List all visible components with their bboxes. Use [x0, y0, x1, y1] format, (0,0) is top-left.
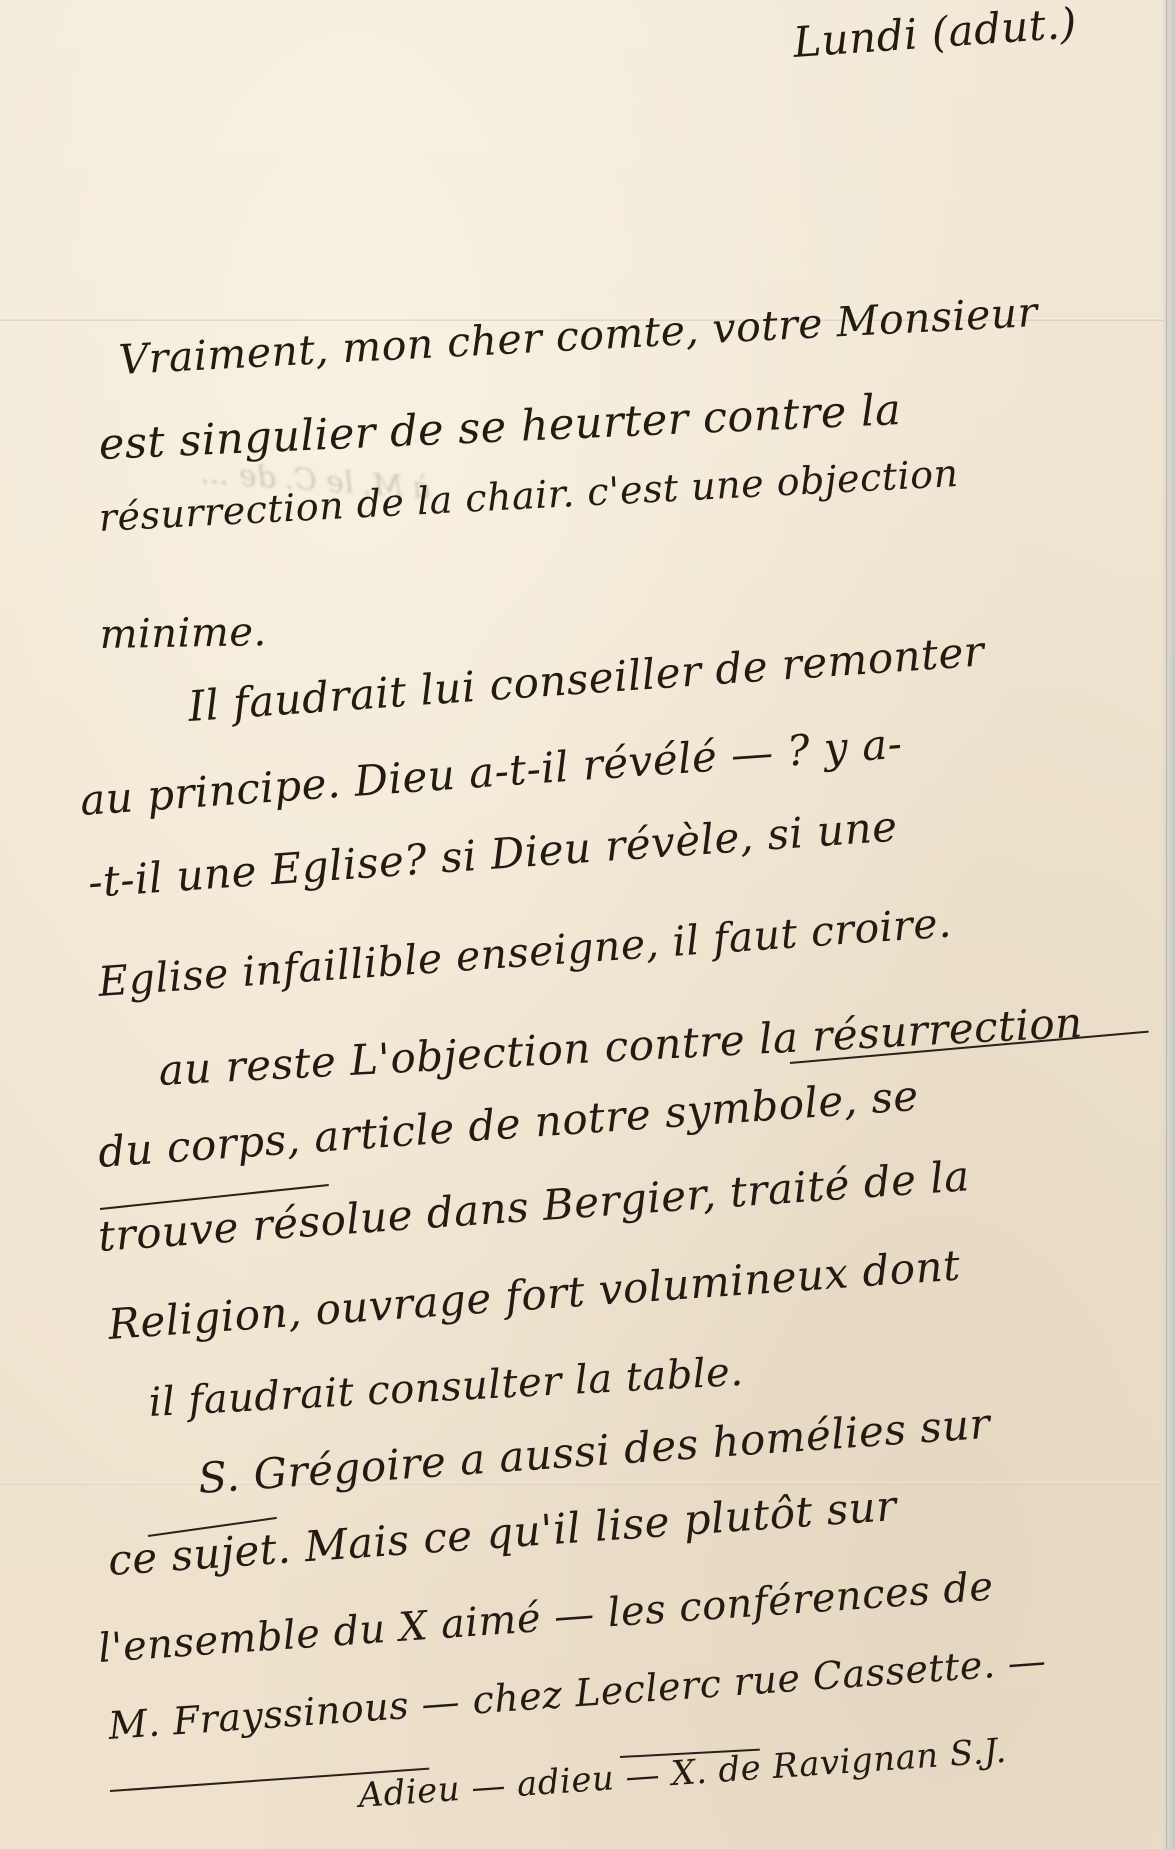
signature-line: Adieu — adieu — X. de Ravignan S.J. [357, 1731, 1008, 1816]
paper-fold-line [0, 1482, 1163, 1485]
dateline: Lundi (adut.) [792, 0, 1079, 67]
letter-line: est singulier de se heurter contre la [98, 385, 902, 470]
paper-right-edge [1161, 0, 1175, 1849]
letter-line: Il faudrait lui conseiller de remonter [187, 626, 986, 731]
paper-edge-line [1166, 0, 1167, 1849]
letter-line: au reste L'objection contre la résurrect… [157, 998, 1083, 1095]
letter-page: à M. le C. de ... Lundi (adut.) Vraiment… [0, 0, 1175, 1849]
letter-line: Eglise infaillible enseigne, il faut cro… [97, 898, 953, 1006]
letter-line: il faudrait consulter la table. [148, 1349, 745, 1426]
letter-line: Religion, ouvrage fort volumineux dont [107, 1241, 962, 1349]
letter-line: Vraiment, mon cher comte, votre Monsieur [117, 288, 1038, 384]
letter-line: minime. [99, 609, 267, 658]
letter-line: -t-il une Eglise? si Dieu révèle, si une [87, 802, 899, 907]
